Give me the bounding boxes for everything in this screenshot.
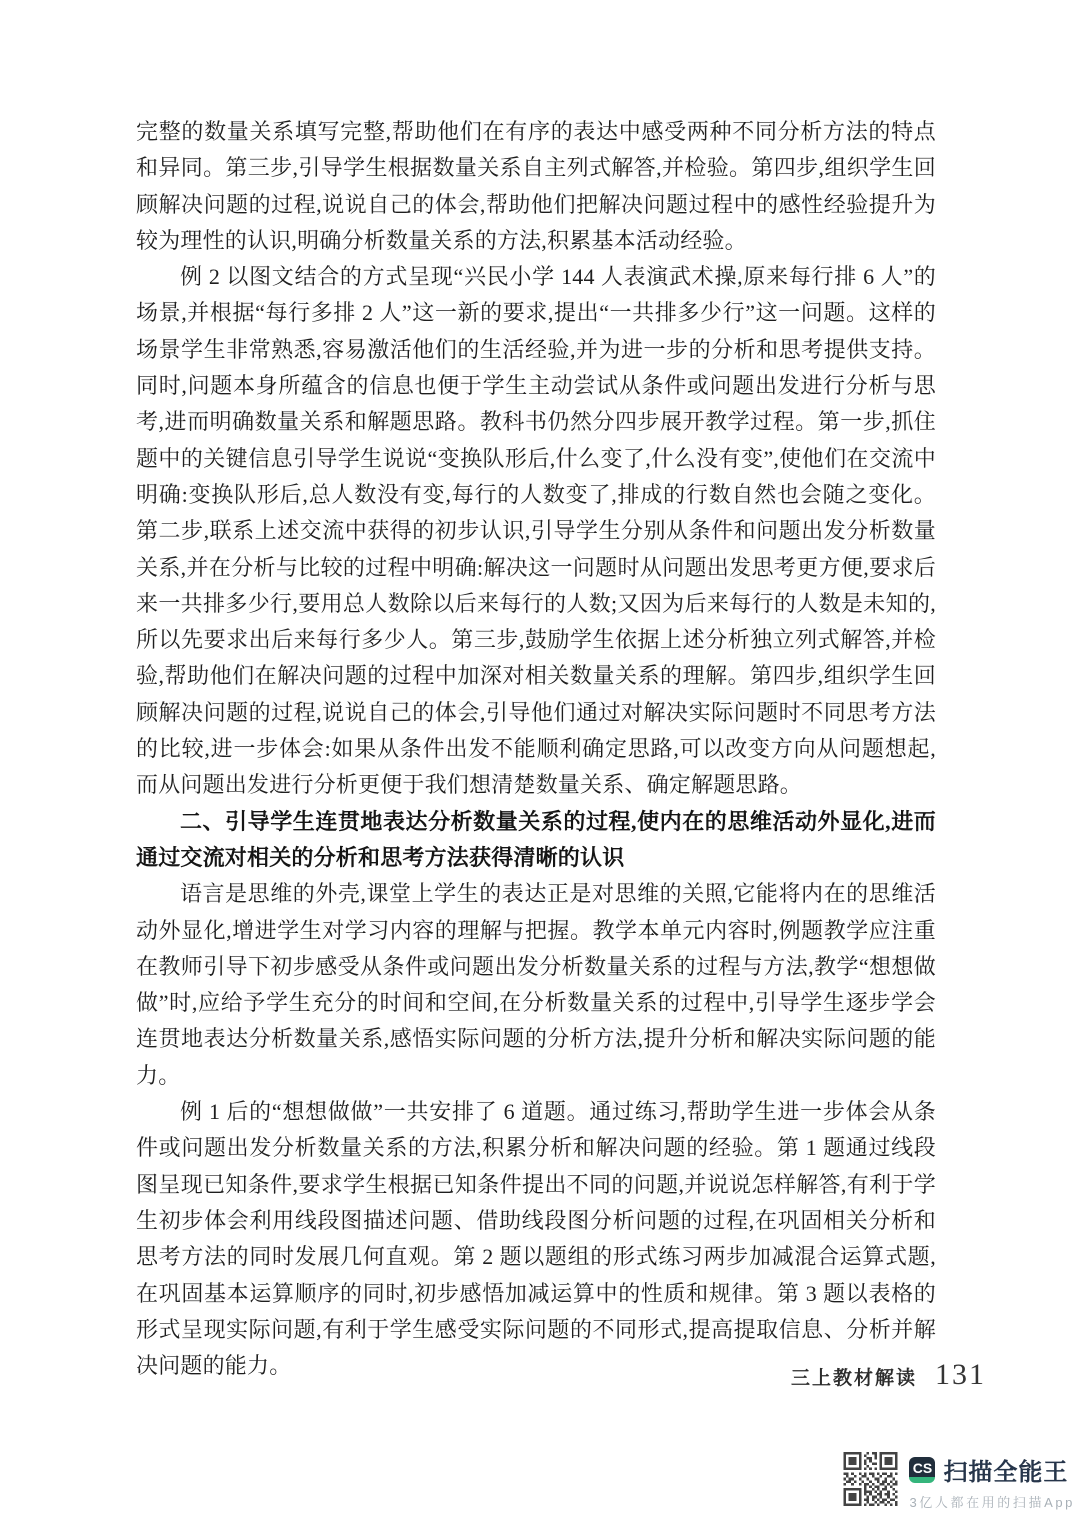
body-text-column: 完整的数量关系填写完整,帮助他们在有序的表达中感受两种不同分析方法的特点和异同。… — [136, 114, 936, 1384]
watermark-brand-name: 扫描全能王 — [943, 1452, 1068, 1487]
watermark-text-column: CS 扫描全能王 3亿人都在用的扫描App — [909, 1452, 1075, 1511]
page-footer: 三上教材解读 131 — [791, 1358, 986, 1392]
watermark-tagline: 3亿人都在用的扫描App — [909, 1492, 1075, 1511]
section-heading: 二、引导学生连贯地表达分析数量关系的过程,使内在的思维活动外显化,进而通过交流对… — [136, 804, 936, 877]
scanner-watermark: CS 扫描全能王 3亿人都在用的扫描App — [843, 1452, 1075, 1511]
running-title: 三上教材解读 — [791, 1363, 917, 1390]
paragraph-example-2: 例 2 以图文结合的方式呈现“兴民小学 144 人表演武术操,原来每行排 6 人… — [136, 259, 936, 803]
scanned-document-page: 完整的数量关系填写完整,帮助他们在有序的表达中感受两种不同分析方法的特点和异同。… — [0, 0, 1080, 1528]
paragraph-example-1-exercises: 例 1 后的“想想做做”一共安排了 6 道题。通过练习,帮助学生进一步体会从条件… — [136, 1094, 936, 1384]
paragraph-language-thinking: 语言是思维的外壳,课堂上学生的表达正是对思维的关照,它能将内在的思维活动外显化,… — [136, 876, 936, 1094]
qr-code-icon — [843, 1452, 898, 1506]
watermark-brand-row: CS 扫描全能王 — [909, 1452, 1075, 1487]
paragraph-continuation: 完整的数量关系填写完整,帮助他们在有序的表达中感受两种不同分析方法的特点和异同。… — [136, 114, 936, 259]
camscanner-logo-icon: CS — [909, 1457, 935, 1483]
page-number: 131 — [935, 1358, 986, 1392]
